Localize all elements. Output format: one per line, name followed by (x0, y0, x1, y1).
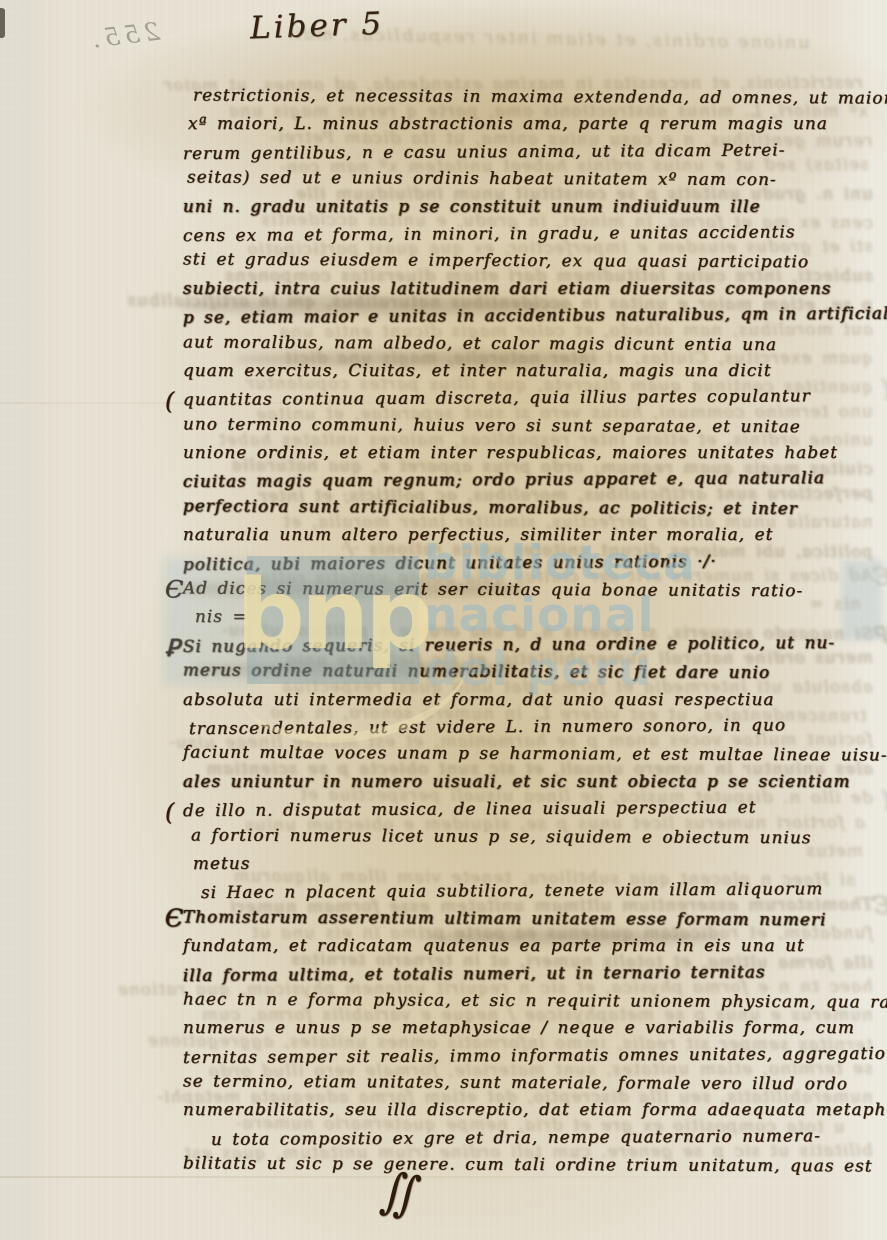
manuscript-line-text: fundatam, et radicatam quatenus ea parte… (183, 935, 805, 955)
manuscript-line-text: sti et gradus eiusdem e imperfectior, ex… (183, 249, 809, 272)
manuscript-line-text: ales uniuntur in numero uisuali, et sic … (183, 771, 851, 791)
manuscript-line-text: p se, etiam maior e unitas in accidentib… (183, 303, 887, 328)
manuscript-page-scan: 255. Liber 5 unione ordinis, et etiam in… (0, 0, 887, 1240)
manuscript-line: faciunt multae voces unam p se harmoniam… (183, 742, 873, 772)
manuscript-line: ales uniuntur in numero uisuali, et sic … (183, 771, 873, 798)
manuscript-line-text: naturalia unum altero perfectius, simili… (183, 524, 774, 544)
manuscript-line: naturalia unum altero perfectius, simili… (183, 524, 873, 551)
manuscript-line: merus ordine naturali numerabilitatis, e… (183, 660, 873, 690)
margin-mark: Є (165, 575, 185, 603)
manuscript-line: ЄThomistarum asserentium ultimam unitate… (183, 906, 873, 936)
manuscript-line-text: u tota compositio ex gre et dria, nempe … (211, 1125, 821, 1149)
folio-number: 255. (69, 17, 162, 57)
margin-mark: ( (165, 798, 176, 826)
manuscript-line-text: Ad dices si numerus erit ser ciuitas qui… (183, 578, 803, 601)
manuscript-line: illa forma ultima, et totalis numeri, ut… (183, 960, 873, 992)
manuscript-line: perfectiora sunt artificialibus, moralib… (183, 495, 873, 525)
margin-mark: ( (880, 374, 887, 402)
manuscript-line-text: rerum gentilibus, n e casu unius anima, … (183, 139, 786, 163)
manuscript-line: politica, ubi maiores dicunt unitates un… (183, 550, 873, 582)
margin-mark: Є (871, 562, 887, 590)
manuscript-line-text: numerus e unus p se metaphysicae / neque… (183, 1017, 855, 1037)
page-title: Liber 5 (249, 6, 384, 47)
manuscript-line-text: subiecti, intra cuius latitudinem dari e… (183, 278, 832, 298)
manuscript-line-text: bilitatis ut sic p se genere. cum tali o… (183, 1153, 873, 1176)
manuscript-line: quam exercitus, Ciuitas, et inter natura… (183, 360, 873, 387)
manuscript-line: nis = (183, 606, 873, 633)
manuscript-line: sti et gradus eiusdem e imperfectior, ex… (183, 249, 873, 279)
manuscript-line-text: xª maiori, L. minus abstractionis ama, p… (188, 113, 828, 133)
manuscript-line-text: nis = (195, 606, 248, 626)
manuscript-line: ternitas semper sit realis, immo informa… (183, 1043, 873, 1075)
manuscript-line-text: transcendentales, ut est videre L. in nu… (189, 714, 786, 738)
manuscript-line: metus (183, 853, 873, 880)
manuscript-line-text: unione ordinis, et etiam inter respublic… (183, 442, 838, 462)
manuscript-line-text: metus (193, 853, 251, 873)
manuscript-line: xª maiori, L. minus abstractionis ama, p… (183, 113, 873, 140)
manuscript-line: numerus e unus p se metaphysicae / neque… (183, 1017, 873, 1044)
manuscript-line-text: Thomistarum asserentium ultimam unitatem… (183, 906, 827, 929)
manuscript-line: fundatam, et radicatam quatenus ea parte… (183, 935, 873, 962)
manuscript-line-text: ternitas semper sit realis, immo informa… (183, 1042, 887, 1066)
manuscript-line: unione ordinis, et etiam inter respublic… (183, 442, 873, 469)
manuscript-line: absoluta uti intermedia et forma, dat un… (183, 689, 873, 716)
margin-mark: Ꝑ (165, 634, 181, 662)
margin-mark: Ꝑ (875, 621, 887, 649)
manuscript-line-text: aut moralibus, nam albedo, et calor magi… (183, 331, 777, 354)
manuscript-line: uni n. gradu unitatis p se constituit un… (183, 196, 873, 223)
manuscript-line: restrictionis, et necessitas in maxima e… (183, 84, 873, 114)
manuscript-line: aut moralibus, nam albedo, et calor magi… (183, 331, 873, 361)
manuscript-line-text: faciunt multae voces unam p se harmoniam… (183, 742, 887, 765)
manuscript-line: p se, etiam maior e unitas in accidentib… (183, 303, 873, 335)
margin-mark: Є (165, 904, 185, 932)
manuscript-line: cens ex ma et forma, in minori, in gradu… (183, 221, 873, 253)
manuscript-line-text: cens ex ma et forma, in minori, in gradu… (183, 221, 796, 245)
manuscript-line: haec tn n e forma physica, et sic n requ… (183, 988, 873, 1018)
manuscript-line-text: se termino, etiam unitates, sunt materia… (183, 1071, 848, 1094)
manuscript-line-text: seitas) sed ut e unius ordinis habeat un… (187, 167, 777, 190)
manuscript-line-text: restrictionis, et necessitas in maxima e… (193, 85, 887, 108)
manuscript-line-text: uni n. gradu unitatis p se constituit un… (183, 196, 761, 216)
manuscript-line: a fortiori numerus licet unus p se, siqu… (183, 824, 873, 854)
manuscript-line-text: si Haec n placent quia subtiliora, tenet… (201, 879, 823, 903)
manuscript-line: (quantitas continua quam discreta, quia … (183, 385, 873, 417)
margin-mark: ( (880, 785, 887, 813)
manuscript-line: bilitatis ut sic p se genere. cum tali o… (183, 1153, 873, 1183)
manuscript-line: se termino, etiam unitates, sunt materia… (183, 1071, 873, 1101)
manuscript-line: rerum gentilibus, n e casu unius anima, … (183, 139, 873, 171)
manuscript-line-text: quantitas continua quam discreta, quia i… (183, 386, 811, 410)
manuscript-line-text: a fortiori numerus licet unus p se, siqu… (191, 824, 812, 847)
manuscript-line: uno termino communi, huius vero si sunt … (183, 413, 873, 443)
manuscript-line-text: quam exercitus, Ciuitas, et inter natura… (183, 360, 772, 380)
scan-edge-mark (0, 8, 5, 38)
manuscript-line-text: numerabilitatis, seu illa discreptio, da… (183, 1099, 887, 1119)
manuscript-line: ciuitas magis quam regnum; ordo prius ap… (183, 467, 873, 499)
manuscript-line-text: uno termino communi, huius vero si sunt … (183, 413, 801, 436)
manuscript-line: ꝐSi nugando sequeris, si reueris n, d un… (183, 632, 873, 664)
manuscript-line-text: merus ordine naturali numerabilitatis, e… (183, 660, 770, 683)
margin-mark: Є (871, 891, 887, 919)
manuscript-line: (de illo n. disputat musica, de linea ui… (183, 796, 873, 828)
manuscript-line: seitas) sed ut e unius ordinis habeat un… (183, 167, 873, 197)
manuscript-line: si Haec n placent quia subtiliora, tenet… (183, 878, 873, 910)
manuscript-line: ЄAd dices si numerus erit ser ciuitas qu… (183, 578, 873, 608)
manuscript-line-text: absoluta uti intermedia et forma, dat un… (183, 689, 775, 709)
manuscript-line-text: ciuitas magis quam regnum; ordo prius ap… (183, 468, 825, 492)
manuscript-line-text: illa forma ultima, et totalis numeri, ut… (183, 961, 766, 985)
margin-mark: ( (165, 387, 176, 415)
manuscript-line-text: perfectiora sunt artificialibus, moralib… (183, 495, 798, 518)
manuscript-line-text: de illo n. disputat musica, de linea uis… (183, 797, 757, 821)
manuscript-line: transcendentales, ut est videre L. in nu… (183, 714, 873, 746)
manuscript-line: u tota compositio ex gre et dria, nempe … (183, 1125, 873, 1157)
manuscript-line: numerabilitatis, seu illa discreptio, da… (183, 1099, 873, 1126)
manuscript-line-text: haec tn n e forma physica, et sic n requ… (183, 988, 887, 1011)
manuscript-line-text: politica, ubi maiores dicunt unitates un… (183, 550, 717, 573)
text-block: restrictionis, et necessitas in maxima e… (183, 86, 873, 1182)
manuscript-line: subiecti, intra cuius latitudinem dari e… (183, 278, 873, 305)
manuscript-line-text: Si nugando sequeris, si reueris n, d una… (183, 632, 835, 656)
